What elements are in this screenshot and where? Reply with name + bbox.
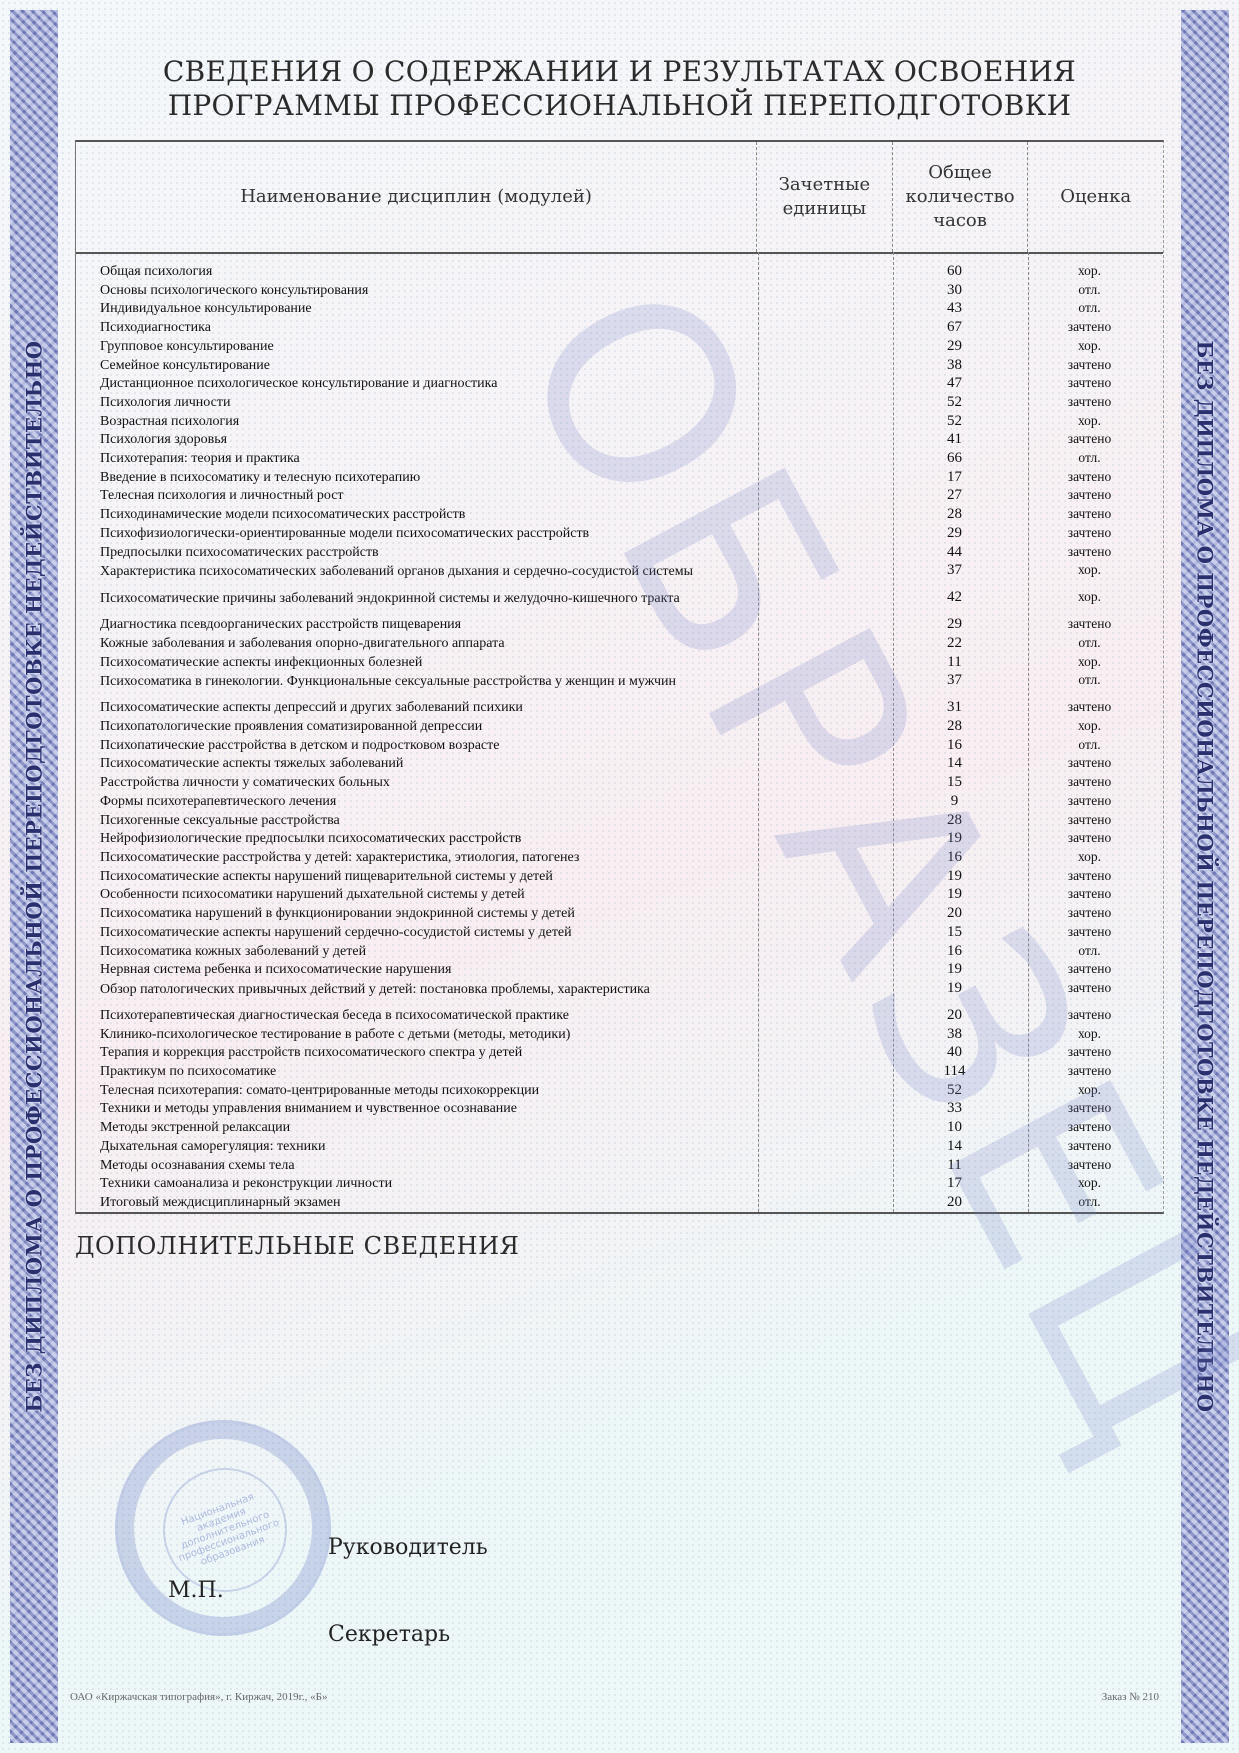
discipline-name: Телесная психология и личностный рост [76, 487, 752, 506]
credit-units [752, 319, 887, 338]
total-hours: 14 [887, 755, 1022, 774]
discipline-name: Групповое консультирование [76, 338, 752, 357]
total-hours: 17 [887, 469, 1022, 488]
grade: зачтено [1022, 699, 1157, 718]
grade: зачтено [1022, 1044, 1157, 1063]
discipline-name: Психосоматические аспекты тяжелых заболе… [76, 755, 752, 774]
table-row: Психопатические расстройства в детском и… [76, 737, 1163, 756]
total-hours: 28 [887, 506, 1022, 525]
table-row: Введение в психосоматику и телесную псих… [76, 469, 1163, 488]
grade: зачтено [1022, 961, 1157, 980]
table-row: Терапия и коррекция расстройств психосом… [76, 1044, 1163, 1063]
total-hours: 20 [887, 1194, 1022, 1213]
table-row: Психосоматические аспекты инфекционных б… [76, 654, 1163, 673]
table-row: Нейрофизиологические предпосылки психосо… [76, 830, 1163, 849]
total-hours: 16 [887, 737, 1022, 756]
credit-units [752, 849, 887, 868]
order-number: Заказ № 210 [1102, 1691, 1159, 1703]
table-row: Психосоматические причины заболеваний эн… [76, 589, 1163, 616]
total-hours: 66 [887, 450, 1022, 469]
discipline-name: Диагностика псевдоорганических расстройс… [76, 616, 752, 635]
discipline-name: Психосоматические аспекты нарушений серд… [76, 924, 752, 943]
table-row: Методы экстренной релаксации10зачтено [76, 1119, 1163, 1138]
table-row: Расстройства личности у соматических бол… [76, 774, 1163, 793]
total-hours: 29 [887, 338, 1022, 357]
credit-units [752, 1007, 887, 1026]
total-hours: 19 [887, 868, 1022, 887]
discipline-name: Психопатологические проявления соматизир… [76, 718, 752, 737]
grade: отл. [1022, 672, 1157, 699]
credit-units [752, 635, 887, 654]
grade: отл. [1022, 943, 1157, 962]
total-hours: 60 [887, 263, 1022, 282]
discipline-name: Психофизиологически-ориентированные моде… [76, 525, 752, 544]
table-row: Нервная система ребенка и психосоматичес… [76, 961, 1163, 980]
credit-units [752, 812, 887, 831]
table-row: Психодиагностика67зачтено [76, 319, 1163, 338]
credit-units [752, 1044, 887, 1063]
credit-units [752, 718, 887, 737]
total-hours: 17 [887, 1175, 1022, 1194]
table-row: Техники и методы управления вниманием и … [76, 1100, 1163, 1119]
discipline-name: Психодиагностика [76, 319, 752, 338]
discipline-name: Индивидуальное консультирование [76, 300, 752, 319]
discipline-name: Возрастная психология [76, 413, 752, 432]
grade: хор. [1022, 654, 1157, 673]
discipline-name: Дыхательная саморегуляция: техники [76, 1138, 752, 1157]
header-hours-line3: часов [933, 210, 987, 231]
head-signature-label: Руководитель [328, 1535, 488, 1560]
credit-units [752, 487, 887, 506]
discipline-name: Практикум по психосоматике [76, 1063, 752, 1082]
table-row: Техники самоанализа и реконструкции личн… [76, 1175, 1163, 1194]
total-hours: 22 [887, 635, 1022, 654]
total-hours: 19 [887, 980, 1022, 1007]
credit-units [752, 1082, 887, 1101]
table-row: Психосоматические расстройства у детей: … [76, 849, 1163, 868]
grade: зачтено [1022, 525, 1157, 544]
total-hours: 40 [887, 1044, 1022, 1063]
grade: зачтено [1022, 375, 1157, 394]
credit-units [752, 924, 887, 943]
credit-units [752, 830, 887, 849]
table-body: Общая психология60хор.Основы психологиче… [76, 263, 1163, 1213]
total-hours: 29 [887, 525, 1022, 544]
total-hours: 9 [887, 793, 1022, 812]
credit-units [752, 544, 887, 563]
grade: зачтено [1022, 793, 1157, 812]
discipline-name: Психосоматика нарушений в функционирован… [76, 905, 752, 924]
grade: хор. [1022, 1082, 1157, 1101]
discipline-name: Обзор патологических привычных действий … [76, 980, 752, 1007]
grade: зачтено [1022, 469, 1157, 488]
credit-units [752, 1157, 887, 1176]
grade: зачтено [1022, 1100, 1157, 1119]
total-hours: 15 [887, 774, 1022, 793]
discipline-name: Формы психотерапевтического лечения [76, 793, 752, 812]
credit-units [752, 263, 887, 282]
credit-units [752, 562, 887, 589]
credit-units [752, 506, 887, 525]
discipline-name: Психотерапевтическая диагностическая бес… [76, 1007, 752, 1026]
grade: хор. [1022, 263, 1157, 282]
credit-units [752, 737, 887, 756]
table-row: Дистанционное психологическое консультир… [76, 375, 1163, 394]
total-hours: 43 [887, 300, 1022, 319]
credit-units [752, 980, 887, 1007]
seal-stamp: Национальная академия дополнительного пр… [115, 1420, 331, 1636]
table-row: Итоговый междисциплинарный экзамен20отл. [76, 1194, 1163, 1213]
total-hours: 30 [887, 282, 1022, 301]
grade: хор. [1022, 413, 1157, 432]
total-hours: 19 [887, 961, 1022, 980]
discipline-name: Клинико-психологическое тестирование в р… [76, 1026, 752, 1045]
grade: зачтено [1022, 868, 1157, 887]
discipline-name: Психотерапия: теория и практика [76, 450, 752, 469]
discipline-name: Общая психология [76, 263, 752, 282]
credit-units [752, 1100, 887, 1119]
credit-units [752, 431, 887, 450]
credit-units [752, 282, 887, 301]
grade: зачтено [1022, 1007, 1157, 1026]
table-row: Формы психотерапевтического лечения9зачт… [76, 793, 1163, 812]
grade: отл. [1022, 282, 1157, 301]
total-hours: 37 [887, 562, 1022, 589]
table-row: Методы осознавания схемы тела11зачтено [76, 1157, 1163, 1176]
grade: зачтено [1022, 980, 1157, 1007]
credit-units [752, 1119, 887, 1138]
printer-info: ОАО «Киржачская типография», г. Киржач, … [70, 1691, 328, 1703]
total-hours: 11 [887, 654, 1022, 673]
credit-units [752, 1138, 887, 1157]
total-hours: 31 [887, 699, 1022, 718]
total-hours: 27 [887, 487, 1022, 506]
grade: зачтено [1022, 774, 1157, 793]
grade: зачтено [1022, 394, 1157, 413]
grade: зачтено [1022, 1119, 1157, 1138]
discipline-name: Психология здоровья [76, 431, 752, 450]
discipline-name: Психосоматические причины заболеваний эн… [76, 589, 752, 616]
table-row: Телесная психология и личностный рост27з… [76, 487, 1163, 506]
grade: хор. [1022, 589, 1157, 616]
table-row: Психодинамические модели психосоматическ… [76, 506, 1163, 525]
total-hours: 41 [887, 431, 1022, 450]
table-row: Обзор патологических привычных действий … [76, 980, 1163, 1007]
total-hours: 20 [887, 1007, 1022, 1026]
total-hours: 15 [887, 924, 1022, 943]
credit-units [752, 905, 887, 924]
total-hours: 10 [887, 1119, 1022, 1138]
seal-place-label: М.П. [168, 1578, 224, 1603]
grade: хор. [1022, 1175, 1157, 1194]
discipline-name: Методы экстренной релаксации [76, 1119, 752, 1138]
credit-units [752, 413, 887, 432]
discipline-name: Терапия и коррекция расстройств психосом… [76, 1044, 752, 1063]
total-hours: 52 [887, 394, 1022, 413]
discipline-name: Психосоматические расстройства у детей: … [76, 849, 752, 868]
discipline-name: Психодинамические модели психосоматическ… [76, 506, 752, 525]
table-row: Психосоматика в гинекологии. Функциональ… [76, 672, 1163, 699]
table-row: Предпосылки психосоматических расстройст… [76, 544, 1163, 563]
total-hours: 38 [887, 1026, 1022, 1045]
total-hours: 67 [887, 319, 1022, 338]
discipline-name: Психосоматические аспекты депрессий и др… [76, 699, 752, 718]
header-credit-units: Зачетныеединицы [756, 142, 892, 252]
grade: отл. [1022, 450, 1157, 469]
total-hours: 28 [887, 718, 1022, 737]
table-row: Психогенные сексуальные расстройства28за… [76, 812, 1163, 831]
grade: хор. [1022, 562, 1157, 589]
grade: зачтено [1022, 924, 1157, 943]
discipline-name: Техники и методы управления вниманием и … [76, 1100, 752, 1119]
header-units-line1: Зачетные [779, 174, 870, 195]
table-header: Наименование дисциплин (модулей) Зачетны… [76, 142, 1163, 254]
discipline-name: Психология личности [76, 394, 752, 413]
credit-units [752, 868, 887, 887]
discipline-name: Методы осознавания схемы тела [76, 1157, 752, 1176]
grade: зачтено [1022, 487, 1157, 506]
total-hours: 19 [887, 886, 1022, 905]
discipline-name: Основы психологического консультирования [76, 282, 752, 301]
credit-units [752, 699, 887, 718]
table-row: Характеристика психосоматических заболев… [76, 562, 1163, 589]
discipline-name: Итоговый междисциплинарный экзамен [76, 1194, 752, 1213]
header-discipline-name: Наименование дисциплин (модулей) [76, 142, 756, 252]
total-hours: 52 [887, 413, 1022, 432]
grade: зачтено [1022, 1063, 1157, 1082]
grade: зачтено [1022, 755, 1157, 774]
table-row: Особенности психосоматики нарушений дыха… [76, 886, 1163, 905]
discipline-name: Психопатические расстройства в детском и… [76, 737, 752, 756]
left-border-text: БЕЗ ДИПЛОМА О ПРОФЕССИОНАЛЬНОЙ ПЕРЕПОДГО… [22, 340, 47, 1412]
total-hours: 20 [887, 905, 1022, 924]
credit-units [752, 654, 887, 673]
total-hours: 47 [887, 375, 1022, 394]
grade: хор. [1022, 718, 1157, 737]
right-border-text: БЕЗ ДИПЛОМА О ПРОФЕССИОНАЛЬНОЙ ПЕРЕПОДГО… [1193, 340, 1218, 1412]
grade: зачтено [1022, 357, 1157, 376]
credit-units [752, 300, 887, 319]
table-row: Психосоматические аспекты нарушений серд… [76, 924, 1163, 943]
disciplines-table: Наименование дисциплин (модулей) Зачетны… [75, 140, 1164, 1214]
table-row: Практикум по психосоматике114зачтено [76, 1063, 1163, 1082]
table-row: Кожные заболевания и заболевания опорно-… [76, 635, 1163, 654]
discipline-name: Психосоматика кожных заболеваний у детей [76, 943, 752, 962]
grade: зачтено [1022, 506, 1157, 525]
grade: зачтено [1022, 905, 1157, 924]
credit-units [752, 1175, 887, 1194]
grade: хор. [1022, 849, 1157, 868]
grade: зачтено [1022, 319, 1157, 338]
discipline-name: Особенности психосоматики нарушений дыха… [76, 886, 752, 905]
grade: отл. [1022, 737, 1157, 756]
table-row: Основы психологического консультирования… [76, 282, 1163, 301]
table-row: Возрастная психология52хор. [76, 413, 1163, 432]
right-security-border: БЕЗ ДИПЛОМА О ПРОФЕССИОНАЛЬНОЙ ПЕРЕПОДГО… [1181, 10, 1229, 1743]
credit-units [752, 886, 887, 905]
grade: зачтено [1022, 886, 1157, 905]
credit-units [752, 589, 887, 616]
grade: зачтено [1022, 1157, 1157, 1176]
table-row: Семейное консультирование38зачтено [76, 357, 1163, 376]
credit-units [752, 793, 887, 812]
total-hours: 33 [887, 1100, 1022, 1119]
total-hours: 16 [887, 849, 1022, 868]
grade: отл. [1022, 300, 1157, 319]
credit-units [752, 375, 887, 394]
table-row: Общая психология60хор. [76, 263, 1163, 282]
credit-units [752, 1194, 887, 1213]
credit-units [752, 616, 887, 635]
table-row: Психология здоровья41зачтено [76, 431, 1163, 450]
grade: зачтено [1022, 616, 1157, 635]
total-hours: 11 [887, 1157, 1022, 1176]
grade: зачтено [1022, 812, 1157, 831]
discipline-name: Психосоматика в гинекологии. Функциональ… [76, 672, 752, 699]
total-hours: 19 [887, 830, 1022, 849]
total-hours: 44 [887, 544, 1022, 563]
credit-units [752, 961, 887, 980]
table-row: Клинико-психологическое тестирование в р… [76, 1026, 1163, 1045]
discipline-name: Предпосылки психосоматических расстройст… [76, 544, 752, 563]
table-row: Психосоматика нарушений в функционирован… [76, 905, 1163, 924]
grade: зачтено [1022, 544, 1157, 563]
title-line-2: ПРОГРАММЫ ПРОФЕССИОНАЛЬНОЙ ПЕРЕПОДГОТОВК… [0, 89, 1239, 123]
table-row: Психосоматические аспекты тяжелых заболе… [76, 755, 1163, 774]
left-security-border: БЕЗ ДИПЛОМА О ПРОФЕССИОНАЛЬНОЙ ПЕРЕПОДГО… [10, 10, 58, 1743]
total-hours: 52 [887, 1082, 1022, 1101]
total-hours: 29 [887, 616, 1022, 635]
header-total-hours: Общееколичествочасов [892, 142, 1028, 252]
discipline-name: Телесная психотерапия: сомато-центрирова… [76, 1082, 752, 1101]
header-hours-line2: количество [906, 186, 1015, 207]
total-hours: 37 [887, 672, 1022, 699]
header-units-line2: единицы [783, 198, 867, 219]
grade: зачтено [1022, 830, 1157, 849]
grade: хор. [1022, 1026, 1157, 1045]
credit-units [752, 525, 887, 544]
discipline-name: Дистанционное психологическое консультир… [76, 375, 752, 394]
credit-units [752, 338, 887, 357]
page-title: СВЕДЕНИЯ О СОДЕРЖАНИИ И РЕЗУЛЬТАТАХ ОСВО… [0, 55, 1239, 123]
discipline-name: Введение в психосоматику и телесную псих… [76, 469, 752, 488]
credit-units [752, 774, 887, 793]
credit-units [752, 357, 887, 376]
table-row: Психопатологические проявления соматизир… [76, 718, 1163, 737]
grade: отл. [1022, 1194, 1157, 1213]
credit-units [752, 394, 887, 413]
total-hours: 42 [887, 589, 1022, 616]
table-row: Групповое консультирование29хор. [76, 338, 1163, 357]
grade: зачтено [1022, 431, 1157, 450]
table-row: Психосоматика кожных заболеваний у детей… [76, 943, 1163, 962]
stamp-org-name: Национальная академия дополнительного пр… [159, 1484, 291, 1577]
table-row: Психофизиологически-ориентированные моде… [76, 525, 1163, 544]
secretary-signature-label: Секретарь [328, 1622, 450, 1647]
discipline-name: Психосоматические аспекты нарушений пище… [76, 868, 752, 887]
table-row: Дыхательная саморегуляция: техники14зачт… [76, 1138, 1163, 1157]
discipline-name: Психогенные сексуальные расстройства [76, 812, 752, 831]
grade: зачтено [1022, 1138, 1157, 1157]
credit-units [752, 469, 887, 488]
discipline-name: Техники самоанализа и реконструкции личн… [76, 1175, 752, 1194]
additional-info-title: ДОПОЛНИТЕЛЬНЫЕ СВЕДЕНИЯ [75, 1232, 519, 1260]
table-row: Диагностика псевдоорганических расстройс… [76, 616, 1163, 635]
discipline-name: Расстройства личности у соматических бол… [76, 774, 752, 793]
credit-units [752, 755, 887, 774]
table-row: Психотерапия: теория и практика66отл. [76, 450, 1163, 469]
total-hours: 114 [887, 1063, 1022, 1082]
table-row: Психология личности52зачтено [76, 394, 1163, 413]
credit-units [752, 672, 887, 699]
total-hours: 28 [887, 812, 1022, 831]
header-hours-line1: Общее [928, 162, 992, 183]
discipline-name: Психосоматические аспекты инфекционных б… [76, 654, 752, 673]
table-row: Психотерапевтическая диагностическая бес… [76, 1007, 1163, 1026]
table-row: Индивидуальное консультирование43отл. [76, 300, 1163, 319]
table-row: Психосоматические аспекты нарушений пище… [76, 868, 1163, 887]
grade: хор. [1022, 338, 1157, 357]
total-hours: 16 [887, 943, 1022, 962]
discipline-name: Кожные заболевания и заболевания опорно-… [76, 635, 752, 654]
discipline-name: Нейрофизиологические предпосылки психосо… [76, 830, 752, 849]
header-grade: Оценка [1027, 142, 1163, 252]
table-row: Телесная психотерапия: сомато-центрирова… [76, 1082, 1163, 1101]
grade: отл. [1022, 635, 1157, 654]
credit-units [752, 1026, 887, 1045]
total-hours: 38 [887, 357, 1022, 376]
credit-units [752, 1063, 887, 1082]
credit-units [752, 943, 887, 962]
title-line-1: СВЕДЕНИЯ О СОДЕРЖАНИИ И РЕЗУЛЬТАТАХ ОСВО… [0, 55, 1239, 89]
discipline-name: Характеристика психосоматических заболев… [76, 562, 752, 589]
total-hours: 14 [887, 1138, 1022, 1157]
discipline-name: Нервная система ребенка и психосоматичес… [76, 961, 752, 980]
table-row: Психосоматические аспекты депрессий и др… [76, 699, 1163, 718]
credit-units [752, 450, 887, 469]
discipline-name: Семейное консультирование [76, 357, 752, 376]
